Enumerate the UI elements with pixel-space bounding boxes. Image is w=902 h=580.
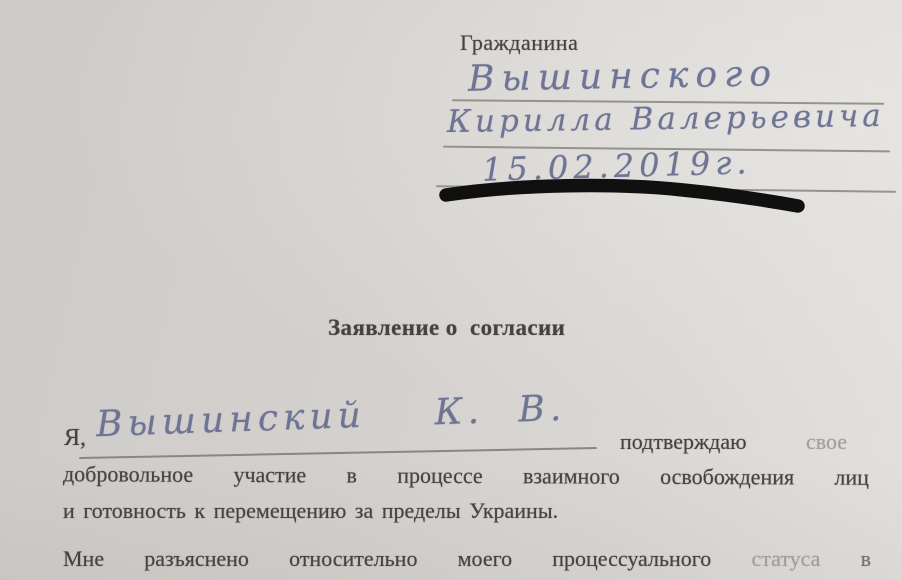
document-content: Гражданина Вышинского Кирилла Валерьевич… (0, 0, 902, 580)
body-line-4-main: Мне разъяснено относительно моего процес… (63, 546, 711, 571)
handwritten-surname: Вышинского (468, 53, 779, 99)
body-line-4: Мне разъяснено относительно моего процес… (63, 546, 871, 572)
body-line-4-faint: статуса (751, 546, 820, 571)
document-photo: Гражданина Вышинского Кирилла Валерьевич… (0, 0, 902, 580)
marker-strike-line (428, 176, 816, 222)
body-line-2: добровольное участие в процессе взаимног… (63, 461, 869, 491)
body-confirm-word: подтверждаю (620, 429, 747, 455)
body-confirm-faint-word: свое (806, 429, 847, 455)
body-line-3: и готовность к перемещению за пределы Ук… (63, 498, 558, 524)
addressee-label: Гражданина (460, 30, 578, 56)
signature-underline (79, 447, 597, 459)
handwritten-name-patronymic: Кирилла Валерьевича (447, 98, 885, 140)
body-pronoun: Я, (64, 424, 86, 453)
body-line-4-tail: в (861, 546, 871, 571)
document-title: Заявление о согласии (328, 314, 565, 342)
handwritten-signature-name: Вышинский К. В. (95, 388, 566, 445)
